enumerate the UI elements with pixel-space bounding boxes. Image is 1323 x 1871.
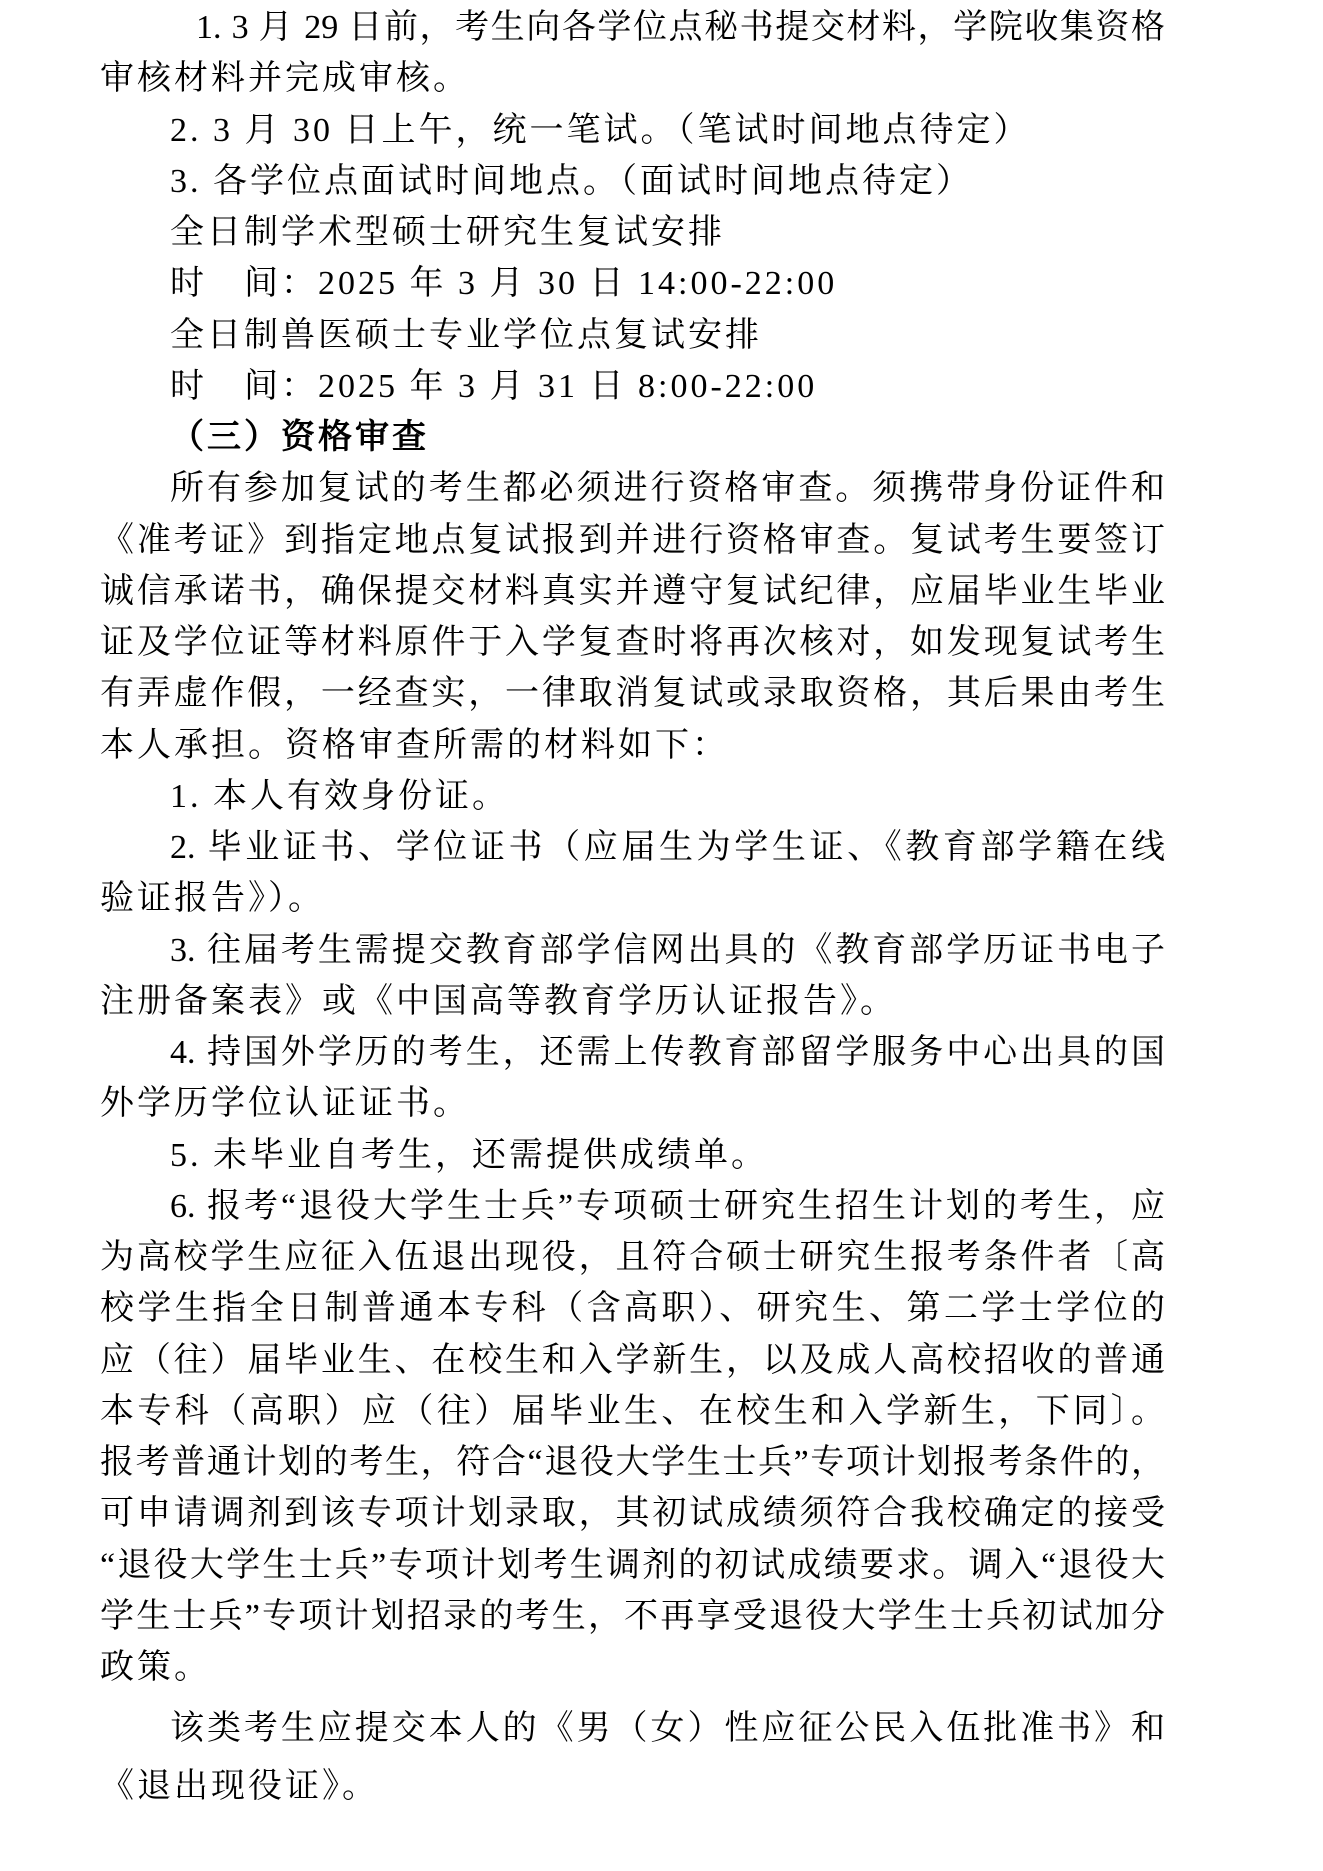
- text-line-1: 1. 3 月 29 日前，考生向各学位点秘书提交材料，学院收集资格: [100, 2, 1165, 53]
- text-line-3: 2. 3 月 30 日上午，统一笔试。（笔试时间地点待定）: [100, 105, 1165, 156]
- text-line-20: 注册备案表》或《中国高等教育学历认证报告》。: [100, 976, 1165, 1027]
- document-page: 1. 3 月 29 日前，考生向各学位点秘书提交材料，学院收集资格审核材料并完成…: [0, 0, 1323, 1871]
- text-line-32: 学生士兵”专项计划招录的考生，不再享受退役大学生士兵初试加分: [100, 1591, 1165, 1642]
- document-body: 1. 3 月 29 日前，考生向各学位点秘书提交材料，学院收集资格审核材料并完成…: [100, 2, 1165, 1816]
- text-line-24: 6. 报考“退役大学生士兵”专项硕士研究生招生计划的考生，应: [100, 1181, 1165, 1232]
- text-line-11: 《准考证》到指定地点复试报到并进行资格审查。复试考生要签订: [100, 515, 1165, 566]
- text-line-14: 有弄虚作假，一经查实，一律取消复试或录取资格，其后果由考生: [100, 668, 1165, 719]
- text-line-25: 为高校学生应征入伍退出现役，且符合硕士研究生报考条件者〔高: [100, 1232, 1165, 1283]
- text-line-13: 证及学位证等材料原件于入学复查时将再次核对，如发现复试考生: [100, 617, 1165, 668]
- text-line-28: 本专科（高职）应（往）届毕业生、在校生和入学新生，下同〕。: [100, 1386, 1165, 1437]
- text-line-6: 时 间：2025 年 3 月 30 日 14:00-22:00: [100, 258, 1165, 309]
- text-line-34: 该类考生应提交本人的《男（女）性应征公民入伍批准书》和: [100, 1700, 1165, 1758]
- text-line-7: 全日制兽医硕士专业学位点复试安排: [100, 310, 1165, 361]
- text-line-21: 4. 持国外学历的考生，还需上传教育部留学服务中心出具的国: [100, 1027, 1165, 1078]
- text-line-17: 2. 毕业证书、学位证书（应届生为学生证、《教育部学籍在线: [100, 822, 1165, 873]
- text-line-5: 全日制学术型硕士研究生复试安排: [100, 207, 1165, 258]
- text-line-22: 外学历学位认证证书。: [100, 1078, 1165, 1129]
- text-line-35: 《退出现役证》。: [100, 1758, 1165, 1816]
- text-line-12: 诚信承诺书，确保提交材料真实并遵守复试纪律，应届毕业生毕业: [100, 566, 1165, 617]
- text-line-27: 应（往）届毕业生、在校生和入学新生，以及成人高校招收的普通: [100, 1335, 1165, 1386]
- text-line-26: 校学生指全日制普通本专科（含高职）、研究生、第二学士学位的: [100, 1283, 1165, 1334]
- text-line-4: 3. 各学位点面试时间地点。（面试时间地点待定）: [100, 156, 1165, 207]
- text-line-15: 本人承担。资格审查所需的材料如下：: [100, 720, 1165, 771]
- text-line-19: 3. 往届考生需提交教育部学信网出具的《教育部学历证书电子: [100, 925, 1165, 976]
- text-line-8: 时 间：2025 年 3 月 31 日 8:00-22:00: [100, 361, 1165, 412]
- section-header: （三）资格审查: [100, 412, 1165, 463]
- text-line-31: “退役大学生士兵”专项计划考生调剂的初试成绩要求。调入“退役大: [100, 1540, 1165, 1591]
- text-line-23: 5. 未毕业自考生，还需提供成绩单。: [100, 1130, 1165, 1181]
- text-line-10: 所有参加复试的考生都必须进行资格审查。须携带身份证件和: [100, 463, 1165, 514]
- text-line-30: 可申请调剂到该专项计划录取，其初试成绩须符合我校确定的接受: [100, 1488, 1165, 1539]
- text-line-33: 政策。: [100, 1642, 1165, 1693]
- text-line-29: 报考普通计划的考生，符合“退役大学生士兵”专项计划报考条件的，: [100, 1437, 1165, 1488]
- text-line-2: 审核材料并完成审核。: [100, 53, 1165, 104]
- text-line-18: 验证报告》）。: [100, 873, 1165, 924]
- text-line-16: 1. 本人有效身份证。: [100, 771, 1165, 822]
